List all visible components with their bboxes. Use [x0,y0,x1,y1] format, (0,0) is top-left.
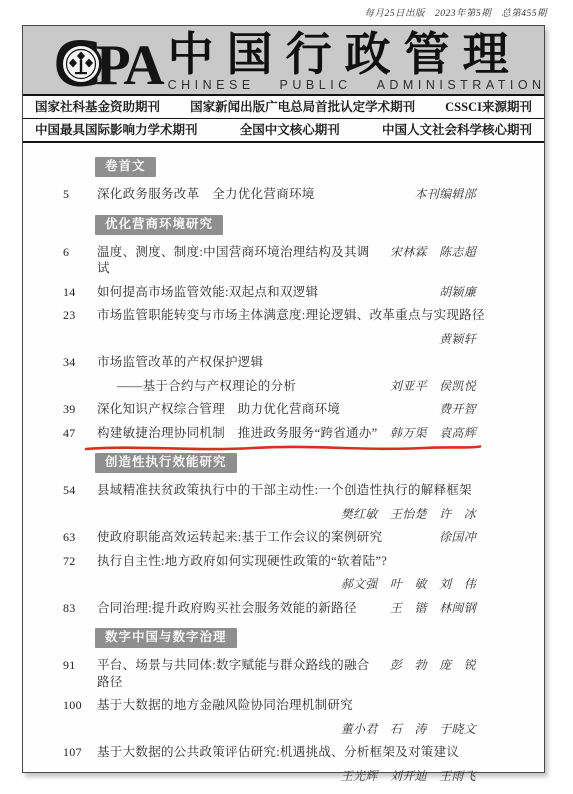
section-badge-wrap: 数字中国与数字治理 [95,628,526,648]
red-underline-annotation [83,442,483,454]
toc-item-authors: 胡颖廉 [439,284,476,301]
toc-item-authors-row: 郝文强 叶 敏 刘 伟 [63,576,526,593]
toc-item-row: 72执行自主性:地方政府如何实现硬性政策的“软着陆”? [63,553,526,570]
toc-item-row: 63使政府职能高效运转起来:基于工作会议的案例研究徐国冲 [63,529,526,546]
toc-item-page-number: 91 [63,657,97,674]
toc-item-page-number: 100 [63,697,97,714]
toc-section: 创造性执行效能研究54县域精准扶贫政策执行中的干部主动性:一个创造性执行的解释框… [63,453,526,616]
section-badge: 优化营商环境研究 [95,215,223,235]
toc-item-page-number: 83 [63,600,97,617]
toc-item-title: 深化知识产权综合管理 助力优化营商环境 [97,401,429,418]
toc-item-page-number: 47 [63,425,97,442]
toc-item-authors-row: 黄颖轩 [63,331,526,348]
toc-item-authors: 王 锴 林闽钢 [390,600,476,617]
section-badge: 卷首文 [95,157,156,177]
toc-section: 优化营商环境研究6温度、测度、制度:中国营商环境治理结构及其调试宋林霖 陈志超1… [63,215,526,442]
toc-item-page-number: 6 [63,244,97,261]
toc-item-authors: 樊红敏 王怡楚 许 冰 [341,506,476,523]
toc-item-row: 47构建敏捷治理协同机制 推进政务服务“跨省通办”韩万渠 袁高辉 [63,425,526,442]
accolade-label: 全国中文核心期刊 [240,122,340,138]
toc-item-authors: 黄颖轩 [439,331,476,348]
toc-item-title: 市场监管改革的产权保护逻辑 [97,354,526,371]
toc-item-row: 100基于大数据的地方金融风险协同治理机制研究 [63,697,526,714]
toc-section: 卷首文5深化政务服务改革 全力优化营商环境本刊编辑部 [63,157,526,203]
toc-item-page-number: 5 [63,186,97,203]
toc-item-authors-row: 王光辉 刘开迪 王雨飞 [63,768,526,785]
accolade-label: 中国人文社会科学核心期刊 [382,122,532,138]
toc-item-row: 14如何提高市场监管效能:双起点和双逻辑胡颖廉 [63,284,526,301]
toc-section: 数字中国与数字治理91平台、场景与共同体:数字赋能与群众路线的融合路径彭 勃 庞… [63,628,526,784]
toc-item-page-number: 39 [63,401,97,418]
accolade-label: 中国最具国际影响力学术期刊 [35,122,198,138]
accolade-row-1: 国家社科基金资助期刊国家新闻出版广电总局首批认定学术期刊CSSCI来源期刊 [23,96,544,119]
accolade-label: CSSCI来源期刊 [445,99,532,115]
toc-item-page-number: 63 [63,529,97,546]
accolade-label: 国家新闻出版广电总局首批认定学术期刊 [190,99,415,115]
cpa-logo: C PA [53,34,162,92]
journal-title-en-word: PUBLIC [280,78,352,92]
accolade-label: 国家社科基金资助期刊 [35,99,160,115]
toc-item-authors-row: 董小君 石 涛 于晓文 [63,721,526,738]
section-badge: 数字中国与数字治理 [95,628,237,648]
journal-title-en-word: CHINESE [168,78,255,92]
page-frame: C PA 中国行政管理 CHINESEPUBLICADMINISTRATION … [22,25,545,773]
toc-item-title: 县域精准扶贫政策执行中的干部主动性:一个创造性执行的解释框架 [97,482,526,499]
toc-item-authors: 郝文强 叶 敏 刘 伟 [341,576,476,593]
toc-item-row: 34市场监管改革的产权保护逻辑 [63,354,526,371]
toc-item-subtitle-row: ——基于合约与产权理论的分析刘亚平 侯凯悦 [63,378,526,395]
cpa-seal-emblem-icon [60,43,102,85]
toc-item-row: 107基于大数据的公共政策评估研究:机遇挑战、分析框架及对策建议 [63,744,526,761]
toc-item-row: 6温度、测度、制度:中国营商环境治理结构及其调试宋林霖 陈志超 [63,244,526,277]
toc-item-page-number: 23 [63,307,97,324]
toc-item-page-number: 72 [63,553,97,570]
journal-title-block: 中国行政管理 CHINESEPUBLICADMINISTRATION [168,32,546,92]
toc-item-authors: 王光辉 刘开迪 王雨飞 [341,768,476,785]
masthead: C PA 中国行政管理 CHINESEPUBLICADMINISTRATION [23,26,544,96]
toc-item-title: 基于大数据的公共政策评估研究:机遇挑战、分析框架及对策建议 [97,744,526,761]
toc-item-title: 如何提高市场监管效能:双起点和双逻辑 [97,284,429,301]
toc-item-title: 使政府职能高效运转起来:基于工作会议的案例研究 [97,529,429,546]
issue-info-line: 每月25日出版 2023年第5期 总第455期 [364,5,547,19]
journal-title-en-word: ADMINISTRATION [377,78,546,92]
toc-item-authors: 费开智 [439,401,476,418]
toc-item-page-number: 14 [63,284,97,301]
toc-item-title: 构建敏捷治理协同机制 推进政务服务“跨省通办” [97,425,380,442]
toc-item-page-number: 107 [63,744,97,761]
toc-item-title: 基于大数据的地方金融风险协同治理机制研究 [97,697,526,714]
toc-item-row: 54县域精准扶贫政策执行中的干部主动性:一个创造性执行的解释框架 [63,482,526,499]
journal-title-en: CHINESEPUBLICADMINISTRATION [168,78,546,92]
toc-item-authors: 宋林霖 陈志超 [390,244,476,261]
toc-item-authors-row: 樊红敏 王怡楚 许 冰 [63,506,526,523]
toc-item-title: 深化政务服务改革 全力优化营商环境 [97,186,404,203]
toc-item-row: 91平台、场景与共同体:数字赋能与群众路线的融合路径彭 勃 庞 锐 [63,657,526,690]
toc-item-authors: 韩万渠 袁高辉 [390,425,476,442]
toc-item-title: 执行自主性:地方政府如何实现硬性政策的“软着陆”? [97,553,526,570]
toc-item-row: 23市场监管职能转变与市场主体满意度:理论逻辑、改革重点与实现路径 [63,307,526,324]
toc-item-authors: 董小君 石 涛 于晓文 [341,721,476,738]
section-badge-wrap: 优化营商环境研究 [95,215,526,235]
toc-item-title: 温度、测度、制度:中国营商环境治理结构及其调试 [97,244,380,277]
toc-item-authors: 刘亚平 侯凯悦 [390,378,476,395]
toc-item-page-number: 54 [63,482,97,499]
journal-title-cn: 中国行政管理 [168,32,546,78]
toc-item-row: 39深化知识产权综合管理 助力优化营商环境费开智 [63,401,526,418]
toc-item-authors: 本刊编辑部 [414,186,476,203]
toc-item-title: 合同治理:提升政府购买社会服务效能的新路径 [97,600,380,617]
toc-item-authors: 徐国冲 [439,529,476,546]
toc-item-subtitle: ——基于合约与产权理论的分析 [97,378,380,395]
toc-item-row: 5深化政务服务改革 全力优化营商环境本刊编辑部 [63,186,526,203]
toc-item-title: 平台、场景与共同体:数字赋能与群众路线的融合路径 [97,657,380,690]
logo-letters-pa: PA [96,40,162,92]
section-badge: 创造性执行效能研究 [95,453,237,473]
accolade-row-2: 中国最具国际影响力学术期刊全国中文核心期刊中国人文社会科学核心期刊 [23,119,544,143]
table-of-contents: 卷首文5深化政务服务改革 全力优化营商环境本刊编辑部优化营商环境研究6温度、测度… [23,143,544,784]
section-badge-wrap: 创造性执行效能研究 [95,453,526,473]
toc-item-page-number: 34 [63,354,97,371]
toc-item-title: 市场监管职能转变与市场主体满意度:理论逻辑、改革重点与实现路径 [97,307,526,324]
toc-item-authors: 彭 勃 庞 锐 [390,657,476,674]
section-badge-wrap: 卷首文 [95,157,526,177]
toc-item-row: 83合同治理:提升政府购买社会服务效能的新路径王 锴 林闽钢 [63,600,526,617]
